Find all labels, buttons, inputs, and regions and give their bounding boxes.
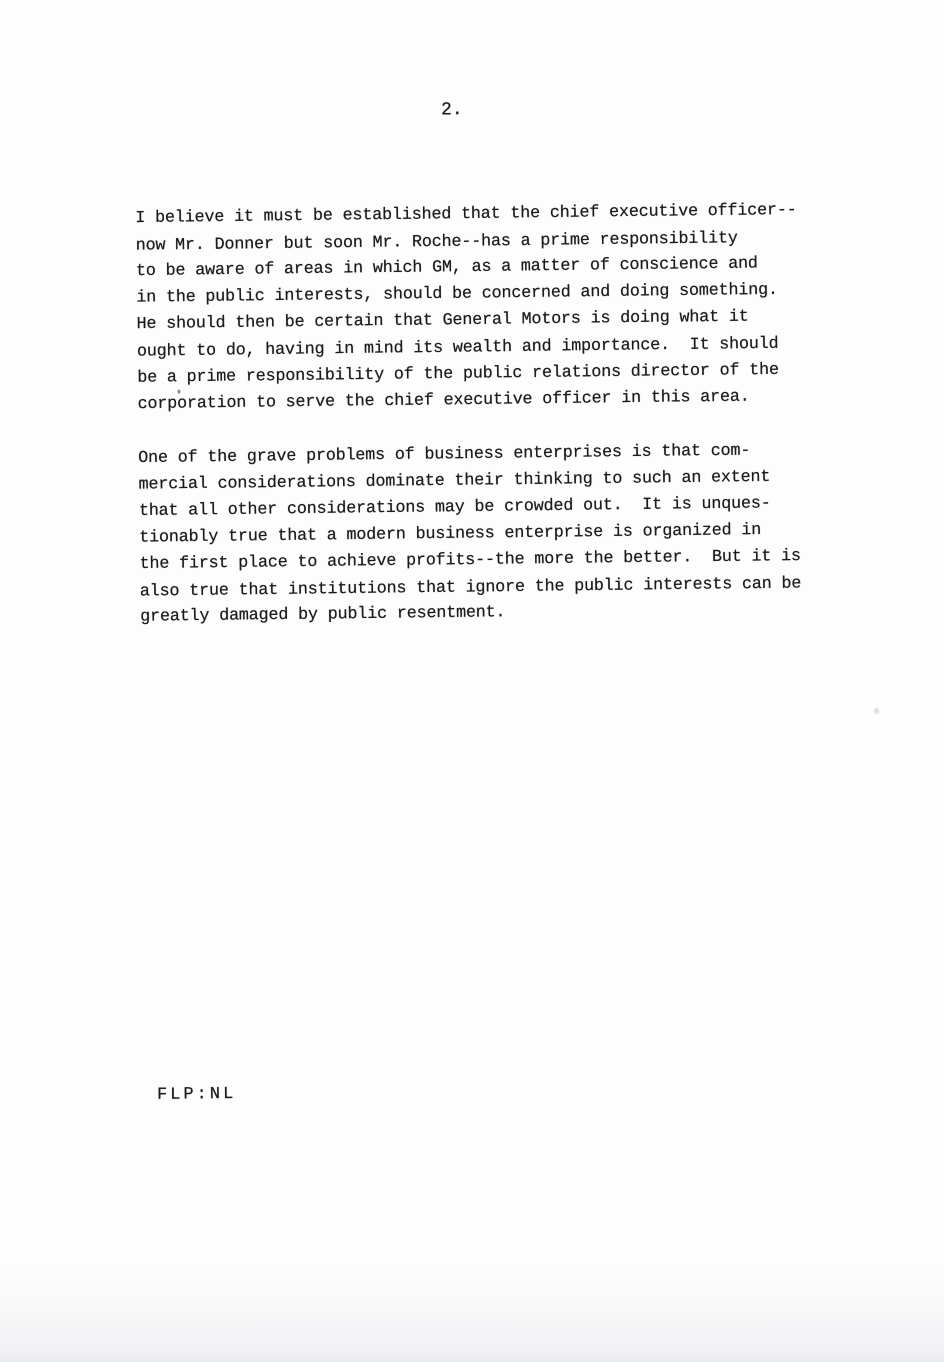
scan-content: 2. I believe it must be established that… <box>0 0 944 1362</box>
scan-speck <box>874 708 879 714</box>
typist-initials: FLP:NL <box>157 1085 236 1105</box>
scan-speck <box>177 390 180 394</box>
page-number: 2. <box>441 100 463 120</box>
scanned-document-page: 2. I believe it must be established that… <box>0 0 944 1362</box>
document-body: I believe it must be established that th… <box>135 197 860 659</box>
paragraph: I believe it must be established that th… <box>135 197 858 419</box>
paragraph: One of the grave problems of business en… <box>138 437 860 632</box>
